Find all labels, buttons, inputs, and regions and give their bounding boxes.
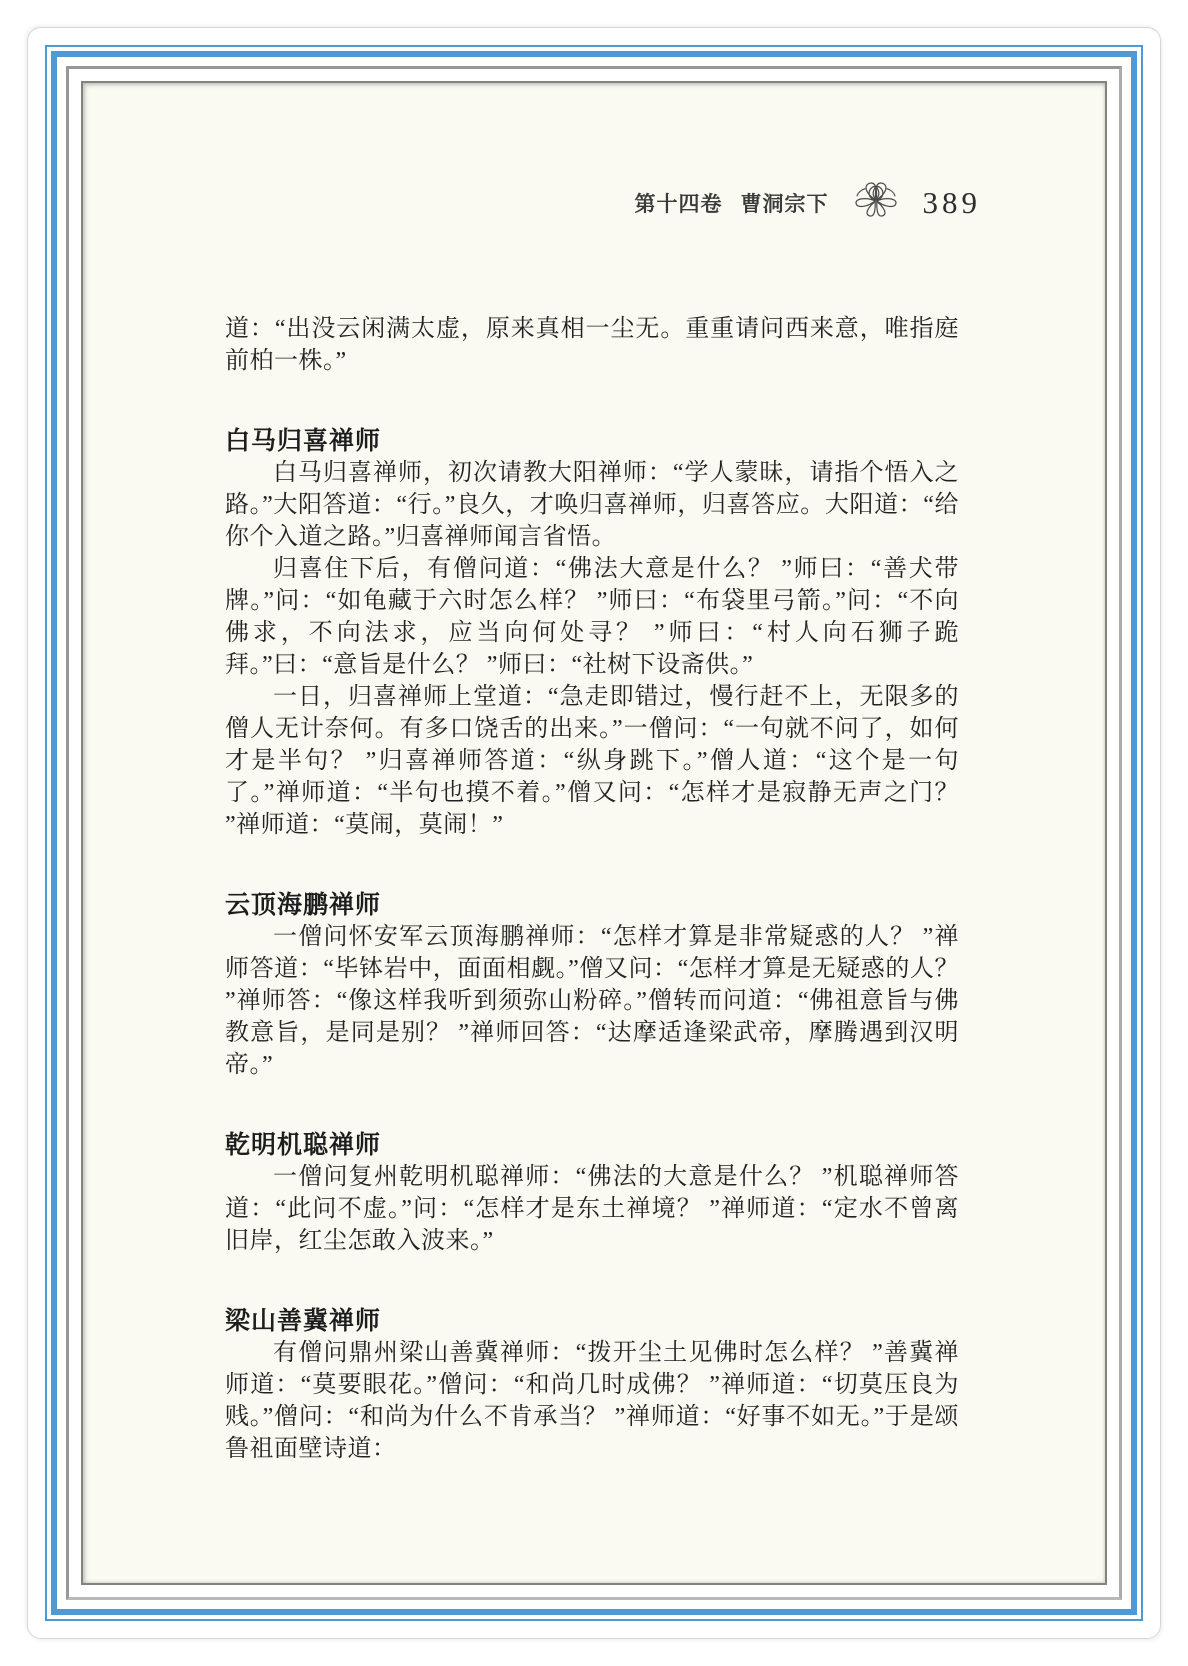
running-head: 第十四卷 曹洞宗下 — [635, 188, 829, 218]
chapter-label: 曹洞宗下 — [741, 188, 829, 218]
book-page: 第十四卷 曹洞宗下 389 道：“出没云闲满 — [81, 81, 1107, 1585]
page-text: 道：“出没云闲满太虚，原来真相一尘无。重重请问西来意，唯指庭前柏一株。” 白马归… — [225, 313, 959, 1465]
page-header: 第十四卷 曹洞宗下 389 — [83, 179, 981, 226]
paragraph: 白马归喜禅师，初次请教大阳禅师：“学人蒙昧，请指个悟入之路。”大阳答道：“行。”… — [225, 457, 959, 553]
lotus-icon — [847, 179, 905, 226]
section-title: 梁山善冀禅师 — [225, 1305, 959, 1337]
section-title: 乾明机聪禅师 — [225, 1129, 959, 1161]
paragraph: 一僧问怀安军云顶海鹏禅师：“怎样才算是非常疑惑的人？ ”禅师答道：“毕钵岩中，面… — [225, 921, 959, 1081]
paragraph: 有僧问鼎州梁山善冀禅师：“拨开尘土见佛时怎么样？ ”善冀禅师道：“莫要眼花。”僧… — [225, 1337, 959, 1465]
paragraph: 一僧问复州乾明机聪禅师：“佛法的大意是什么？ ”机聪禅师答道：“此问不虚。”问：… — [225, 1161, 959, 1257]
section-title: 云顶海鹏禅师 — [225, 889, 959, 921]
paragraph: 一日，归喜禅师上堂道：“急走即错过，慢行赶不上，无限多的僧人无计奈何。有多口饶舌… — [225, 681, 959, 841]
volume-label: 第十四卷 — [635, 188, 723, 218]
section-title: 白马归喜禅师 — [225, 425, 959, 457]
page-number: 389 — [923, 185, 982, 221]
paragraph: 归喜住下后，有僧问道：“佛法大意是什么？ ”师曰：“善犬带牌。”问：“如龟藏于六… — [225, 553, 959, 681]
intro-paragraph: 道：“出没云闲满太虚，原来真相一尘无。重重请问西来意，唯指庭前柏一株。” — [225, 313, 959, 377]
